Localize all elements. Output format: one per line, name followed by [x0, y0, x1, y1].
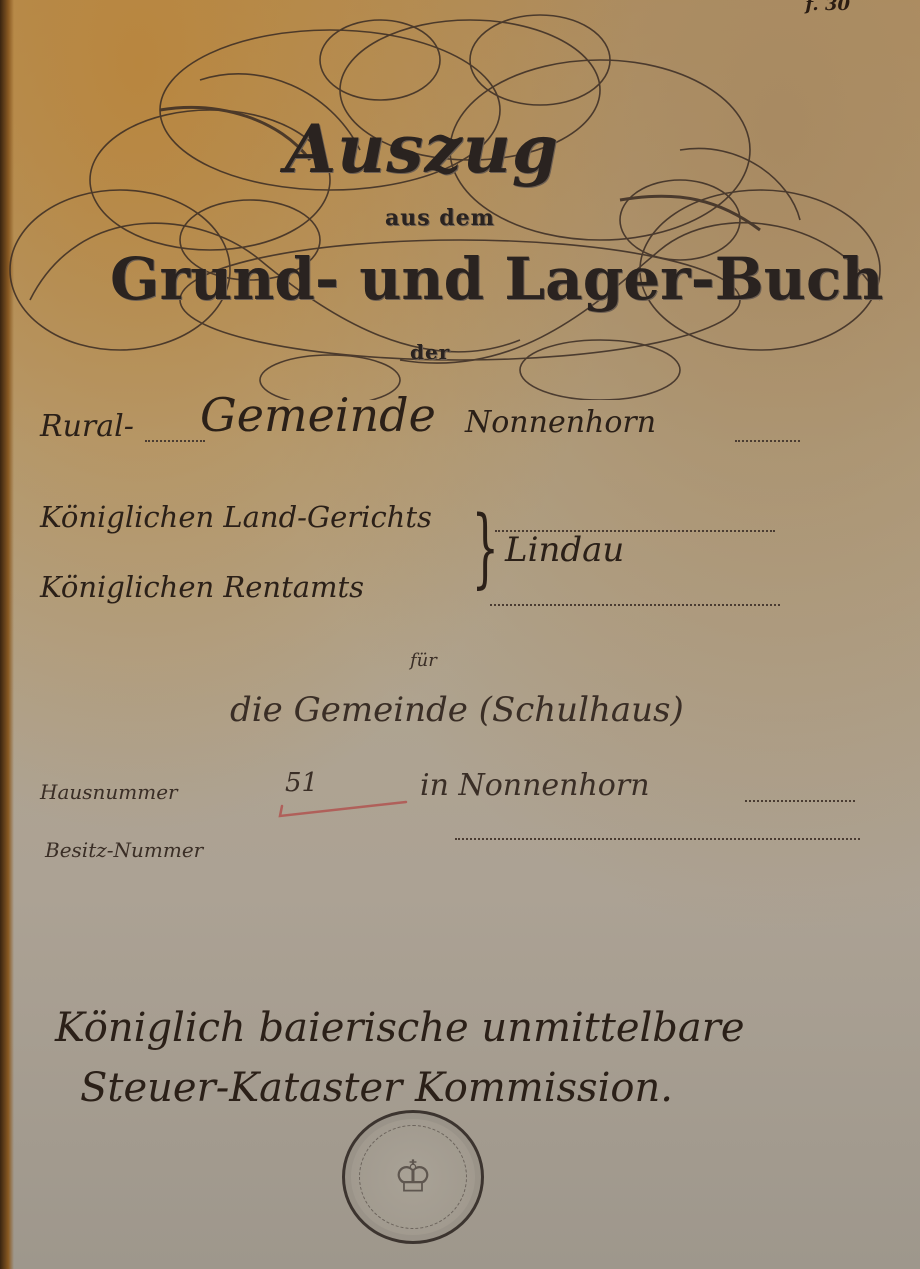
dotted-line	[745, 800, 855, 802]
rentamt-label: Königlichen Rentamts	[40, 570, 364, 604]
title-aus-dem: aus dem	[385, 205, 495, 231]
authority-line-1: Königlich baierische unmittelbare	[55, 1005, 745, 1051]
gemeinde-word: Gemeinde	[200, 388, 436, 442]
calligraphic-flourish-ornament	[0, 0, 920, 400]
landgericht-label: Königlichen Land-Gerichts	[40, 500, 432, 534]
hausnummer-value: 51	[285, 768, 318, 798]
title-grund-und-lager-buch: Grund- und Lager-Buch	[110, 245, 883, 313]
gemeinde-value: Nonnenhorn	[465, 405, 656, 440]
dotted-line	[455, 838, 860, 840]
gemeinde-label-initial: Rural-	[40, 392, 134, 448]
title-der: der	[410, 340, 450, 364]
hausnummer-label: Hausnummer	[40, 780, 178, 804]
brace-glyph: }	[472, 505, 499, 591]
official-seal: ♔	[342, 1110, 484, 1244]
gemeinde-label: Rural-	[40, 409, 134, 444]
title-auszug: Auszug	[285, 110, 559, 188]
dotted-line	[495, 530, 775, 532]
landgericht-rentamt-value: Lindau	[505, 530, 624, 570]
owner-value: die Gemeinde (Schulhaus)	[230, 690, 684, 730]
hausnummer-place: in Nonnenhorn	[420, 768, 650, 803]
book-spine-edge	[0, 0, 14, 1269]
dotted-line	[145, 440, 205, 442]
crest-icon: ♔	[393, 1152, 432, 1203]
besitz-label: Besitz-Nummer	[45, 838, 203, 862]
folio-number: f. 30	[805, 0, 850, 15]
fuer-label: für	[410, 650, 437, 671]
dotted-line	[490, 604, 780, 606]
dotted-line	[735, 440, 800, 442]
red-pencil-mark	[278, 800, 408, 822]
authority-line-2: Steuer-Kataster Kommission.	[80, 1065, 673, 1111]
